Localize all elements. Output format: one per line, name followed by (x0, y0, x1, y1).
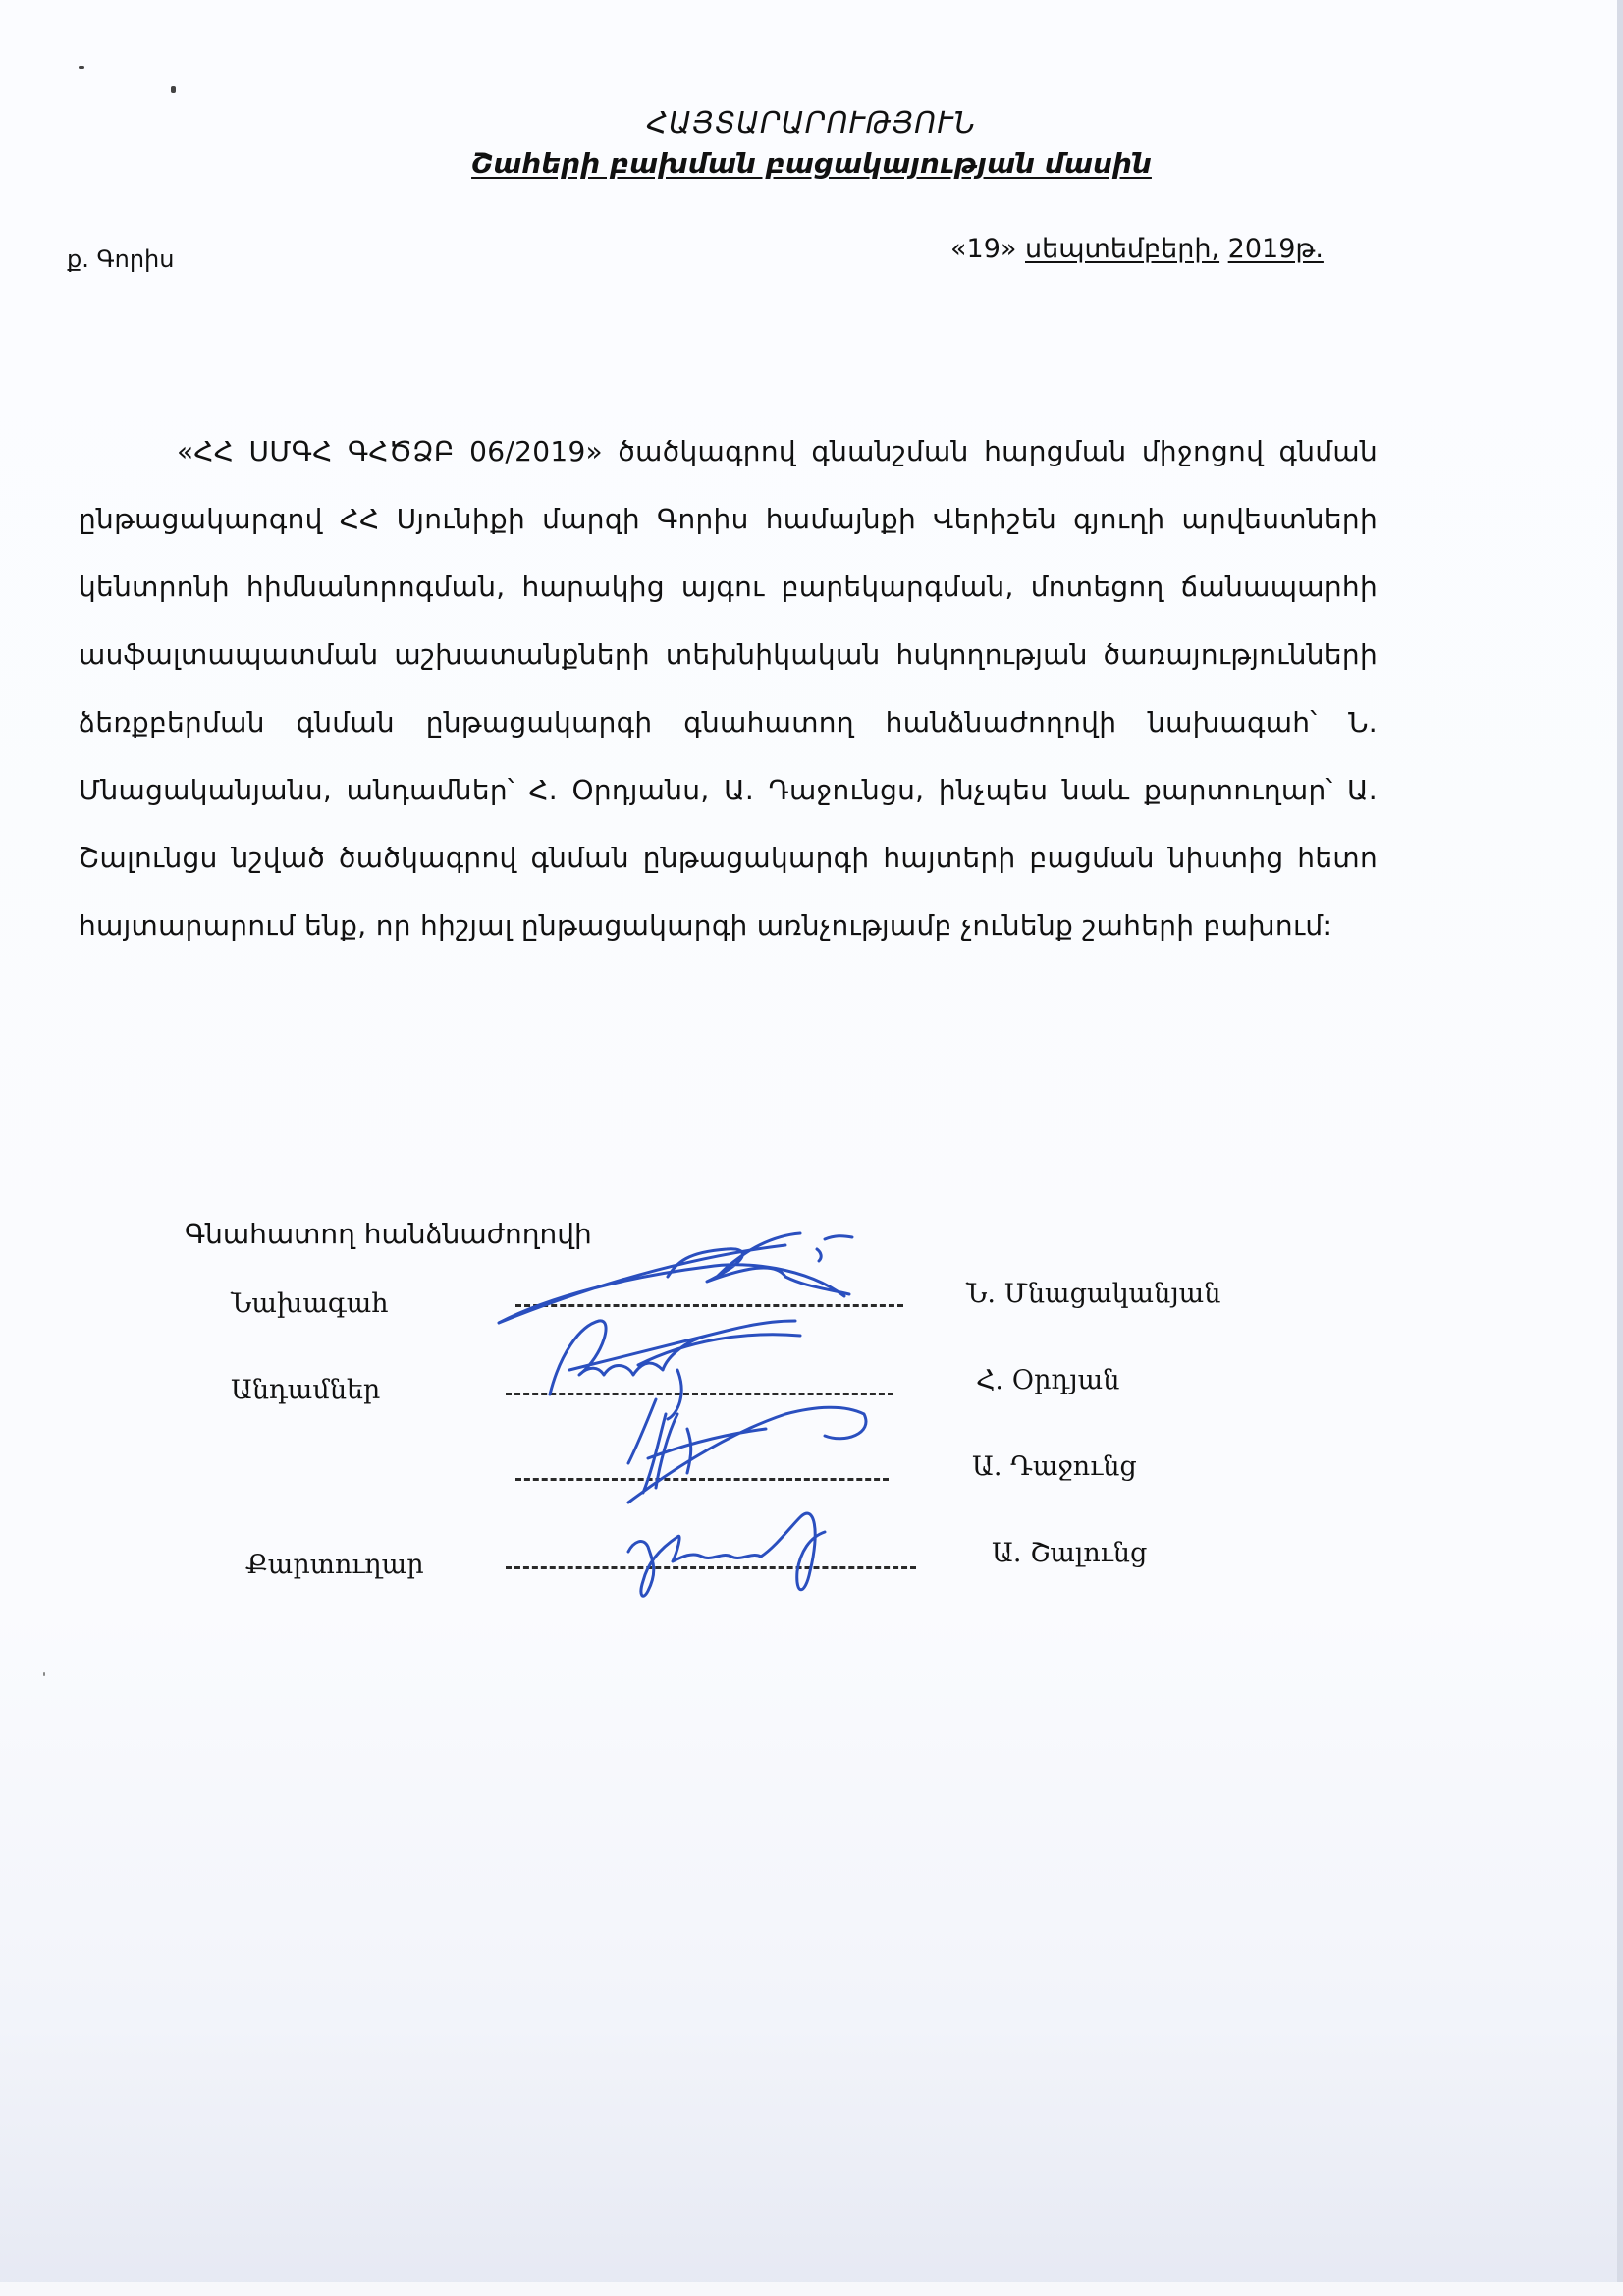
document-place: ք. Գորիս (67, 246, 174, 273)
scan-speck (43, 1672, 45, 1676)
document-subtitle: Շահերի բախման բացակայության մասին (0, 147, 1623, 180)
document-title: ՀԱՅՏԱՐԱՐՈՒԹՅՈՒՆ (0, 106, 1623, 140)
date-year: 2019թ. (1228, 234, 1324, 264)
signature-name-secretary: Ա. Շալունց (992, 1538, 1147, 1568)
date-month: սեպտեմբերի, (1025, 234, 1219, 264)
date-day: «19» (950, 234, 1016, 264)
signature-name-member-1: Հ. Օրդյան (976, 1365, 1119, 1395)
signature-role-secretary: Քարտուղար (245, 1550, 424, 1580)
scan-edge-bottom (0, 2282, 1623, 2296)
scan-speck (171, 86, 176, 93)
signature-role-members: Անդամներ (231, 1375, 380, 1405)
signature-line-member-1 (506, 1393, 893, 1395)
scan-edge-right (1617, 0, 1623, 2296)
handwritten-signatures (0, 0, 1623, 2296)
signature-name-chairman: Ն. Մնացականյան (966, 1279, 1220, 1309)
document-date: «19» սեպտեմբերի, 2019թ. (950, 234, 1324, 264)
declaration-body: «ՀՀ ՍՄԳՀ ԳՀԾՁԲ 06/2019» ծածկագրով գնանշմ… (79, 417, 1378, 959)
document-subtitle-text: Շահերի բախման բացակայության մասին (471, 147, 1152, 180)
signature-member-2-icon (628, 1399, 866, 1503)
signature-line-chairman (515, 1304, 903, 1307)
signature-member-1-icon (550, 1321, 800, 1419)
scanned-page: ՀԱՅՏԱՐԱՐՈՒԹՅՈՒՆ Շահերի բախման բացակայութ… (0, 0, 1623, 2296)
signature-role-chairman: Նախագահ (231, 1288, 388, 1319)
signature-block-heading: Գնահատող հանձնաժողովի (185, 1218, 592, 1250)
signature-name-member-2: Ա. Դաջունց (972, 1451, 1137, 1482)
scan-speck (79, 66, 84, 69)
signature-line-member-2 (515, 1478, 889, 1481)
signature-line-secretary (506, 1566, 916, 1569)
signature-secretary-icon (628, 1513, 825, 1596)
